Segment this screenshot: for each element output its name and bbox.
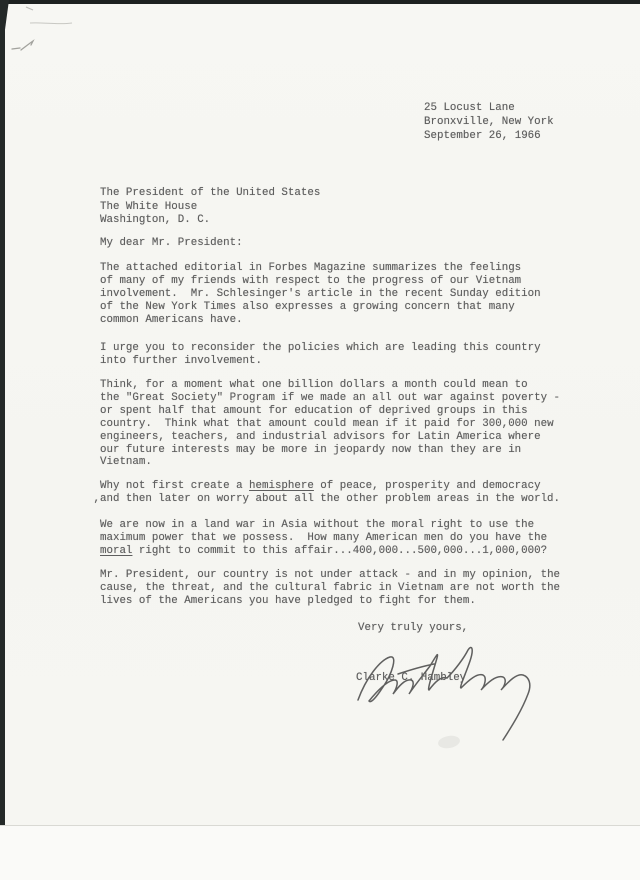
paragraph-6: Mr. President, our country is not under …	[100, 569, 560, 608]
body-line: or spent half that amount for education …	[100, 405, 560, 418]
body-line: into further involvement.	[100, 355, 541, 368]
underlined-word: hemisphere	[249, 480, 314, 492]
paper-edge-line	[0, 825, 640, 826]
recipient-city: Washington, D. C.	[100, 214, 320, 228]
paragraph-1: The attached editorial in Forbes Magazin…	[100, 262, 541, 327]
salutation: My dear Mr. President:	[100, 237, 243, 250]
paragraph-5: We are now in a land war in Asia without…	[100, 519, 547, 558]
body-line: maximum power that we possess. How many …	[100, 532, 547, 545]
paragraph-4: Why not first create a hemisphere of pea…	[100, 480, 560, 506]
letter-date: September 26, 1966	[424, 129, 554, 143]
signature-icon	[338, 628, 578, 753]
underlined-word: moral	[100, 545, 132, 557]
body-line: our future interests may be more in jeop…	[100, 444, 560, 457]
body-line: engineers, teachers, and industrial advi…	[100, 431, 560, 444]
paragraph-3: Think, for a moment what one billion dol…	[100, 379, 560, 469]
body-line: Vietnam.	[100, 456, 560, 469]
body-line: cause, the threat, and the cultural fabr…	[100, 582, 560, 595]
body-text: of peace, prosperity and democracy	[314, 480, 541, 492]
pencil-marks-icon	[0, 0, 110, 70]
body-line: moral right to commit to this affair...4…	[100, 545, 547, 558]
body-line: of the New York Times also expresses a g…	[100, 301, 541, 314]
body-line: Mr. President, our country is not under …	[100, 569, 560, 582]
paper-bottom-strip	[0, 826, 640, 880]
body-line: Why not first create a hemisphere of pea…	[100, 480, 560, 493]
body-line: Think, for a moment what one billion dol…	[100, 379, 560, 392]
scan-edge-left	[0, 0, 5, 880]
recipient-org: The White House	[100, 201, 320, 215]
body-line: The attached editorial in Forbes Magazin…	[100, 262, 541, 275]
body-line: lives of the Americans you have pledged …	[100, 595, 560, 608]
body-line: of many of my friends with respect to th…	[100, 275, 541, 288]
sender-city: Bronxville, New York	[424, 115, 554, 129]
body-line: We are now in a land war in Asia without…	[100, 519, 547, 532]
body-line: I urge you to reconsider the policies wh…	[100, 342, 541, 355]
paragraph-2: I urge you to reconsider the policies wh…	[100, 342, 541, 368]
sender-street: 25 Locust Lane	[424, 101, 554, 115]
sender-address: 25 Locust Lane Bronxville, New York Sept…	[424, 101, 554, 143]
signature-typed-name: Clarke C. Hambley	[356, 672, 466, 685]
body-text: Why not first create a	[100, 480, 249, 492]
body-text: right to commit to this affair...400,000…	[132, 545, 547, 557]
body-line: involvement. Mr. Schlesinger's article i…	[100, 288, 541, 301]
body-line: the "Great Society" Program if we made a…	[100, 392, 560, 405]
body-line: common Americans have.	[100, 314, 541, 327]
recipient-name: The President of the United States	[100, 187, 320, 201]
body-line: country. Think what that amount could me…	[100, 418, 560, 431]
recipient-address: The President of the United States The W…	[100, 187, 320, 228]
body-line: ,and then later on worry about all the o…	[94, 493, 561, 506]
